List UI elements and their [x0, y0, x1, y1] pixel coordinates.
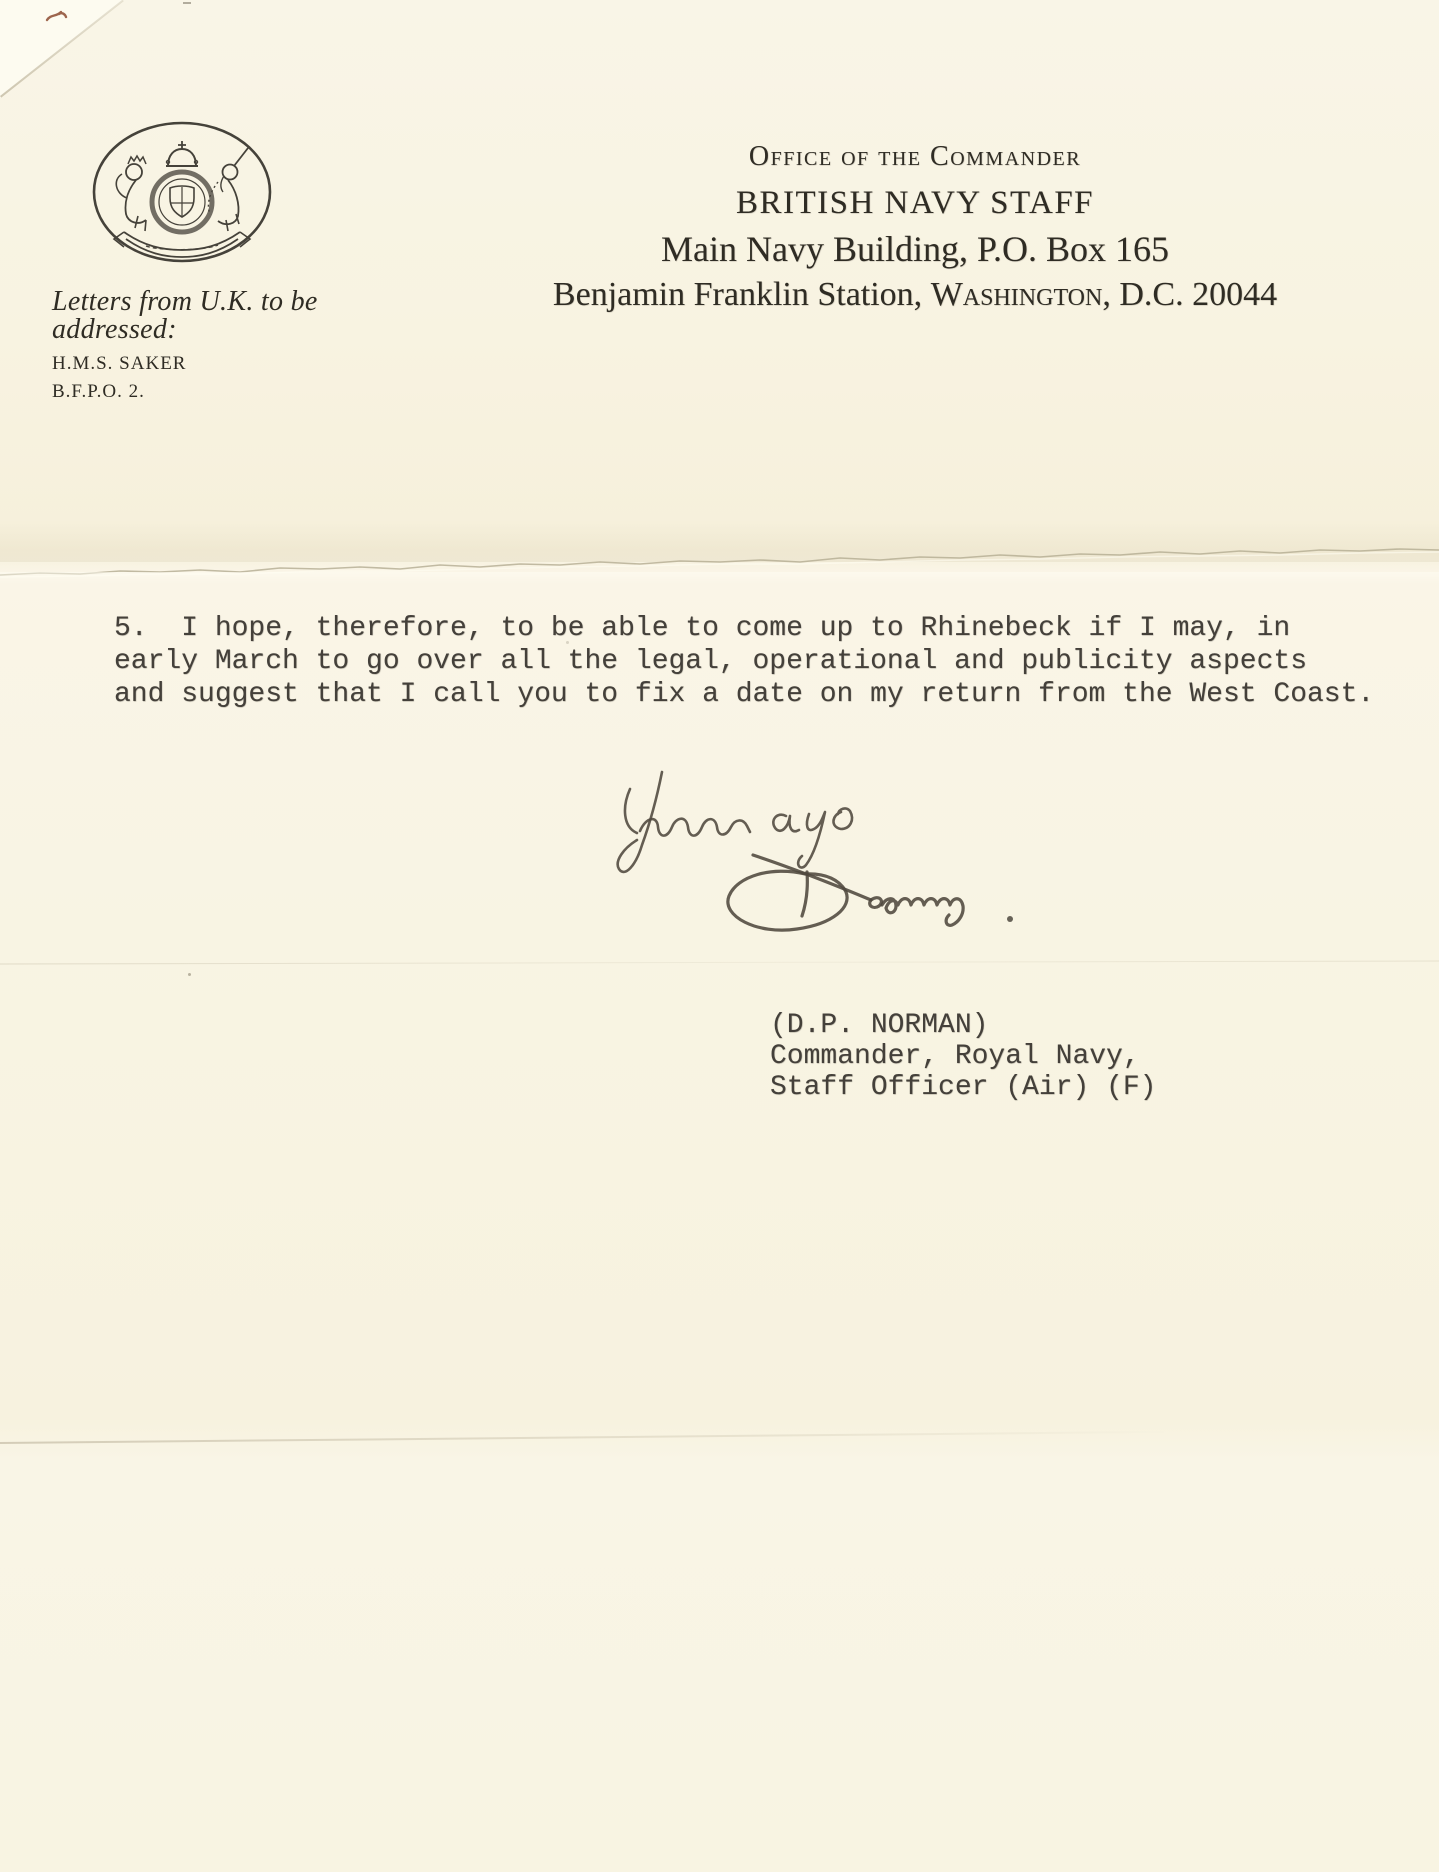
paragraph-line: early March to go over all the legal, op…: [114, 645, 1374, 678]
paper-speck: [188, 973, 191, 976]
signatory-title-line1: Commander, Royal Navy,: [770, 1041, 1156, 1072]
signatory-name: (D.P. NORMAN): [770, 1010, 1156, 1041]
uk-address-note: Letters from U.K. to be addressed: H.M.S…: [52, 288, 318, 406]
paper-speck: [566, 641, 569, 644]
fold-crease-middle: [0, 960, 1439, 964]
under-sheet-highlight: [0, 572, 1439, 584]
letterhead-address-line2: Benjamin Franklin Station, Washington, D…: [395, 272, 1435, 318]
uk-note-address2: B.F.P.O. 2.: [52, 378, 318, 406]
signature-block: (D.P. NORMAN) Commander, Royal Navy, Sta…: [770, 1010, 1156, 1103]
uk-note-line2: addressed:: [52, 316, 318, 344]
address-line2-suffix: , D.C. 20044: [1102, 276, 1277, 313]
letterhead: Office of the Commander BRITISH NAVY STA…: [395, 134, 1435, 318]
paragraph-line: 5. I hope, therefore, to be able to come…: [114, 612, 1374, 645]
uk-note-line1: Letters from U.K. to be: [52, 288, 318, 316]
letterhead-org-line: BRITISH NAVY STAFF: [395, 180, 1435, 226]
scan-edge-mark: [183, 2, 191, 4]
uk-note-address1: H.M.S. SAKER: [52, 350, 318, 378]
letterhead-address-line1: Main Navy Building, P.O. Box 165: [395, 226, 1435, 272]
letterhead-office-line: Office of the Commander: [395, 134, 1435, 180]
scanned-letter-page: Office of the Commander BRITISH NAVY STA…: [0, 0, 1439, 1872]
handwritten-closing-and-signature: [590, 755, 1030, 960]
signature-handwriting: [728, 855, 1013, 930]
closing-handwriting: [618, 772, 852, 872]
address-line2-prefix: Benjamin Franklin Station,: [553, 276, 931, 313]
paper-stain: [44, 8, 70, 28]
royal-coat-of-arms-icon: [90, 120, 274, 266]
address-line2-city: Washington: [931, 276, 1103, 313]
signatory-title-line2: Staff Officer (Air) (F): [770, 1072, 1156, 1103]
paragraph-line: and suggest that I call you to fix a dat…: [114, 678, 1374, 711]
body-paragraph: 5. I hope, therefore, to be able to come…: [114, 612, 1374, 711]
fold-crease-lower: [0, 1431, 1170, 1444]
